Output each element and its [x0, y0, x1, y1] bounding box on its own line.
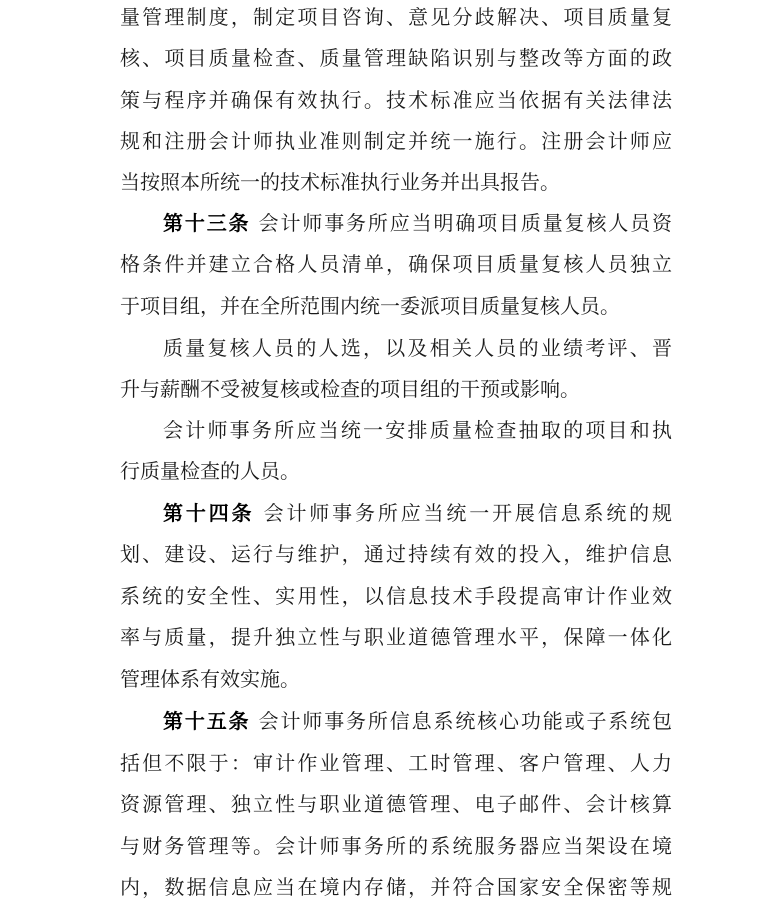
text-line: 划、建设、运行与维护，通过持续有效的投入，维护信息 — [120, 539, 672, 569]
article-14-text: 会计师事务所应当统一开展信息系统的规 — [264, 501, 672, 525]
text-line: 升与薪酬不受被复核或检查的项目组的干预或影响。 — [120, 374, 672, 404]
text-line: 括但不限于：审计作业管理、工时管理、客户管理、人力 — [120, 748, 672, 778]
text-line: 会计师事务所应当统一安排质量检查抽取的项目和执 — [163, 415, 672, 445]
text-line: 系统的安全性、实用性，以信息技术手段提高审计作业效 — [120, 581, 672, 611]
text-line: 格条件并建立合格人员清单，确保项目质量复核人员独立 — [120, 249, 672, 279]
article-13-line: 第十三条 会计师事务所应当明确项目质量复核人员资 — [163, 208, 672, 238]
text-line: 与财务管理等。会计师事务所的系统服务器应当架设在境 — [120, 831, 672, 861]
text-line: 内，数据信息应当在境内存储，并符合国家安全保密等规 — [120, 872, 672, 902]
article-14-heading: 第十四条 — [163, 501, 254, 525]
article-15-heading: 第十五条 — [163, 709, 250, 733]
text-line: 率与质量，提升独立性与职业道德管理水平，保障一体化 — [120, 622, 672, 652]
text-line: 行质量检查的人员。 — [120, 456, 672, 486]
text-line: 当按照本所统一的技术标准执行业务并出具报告。 — [120, 167, 672, 197]
text-line: 策与程序并确保有效执行。技术标准应当依据有关法律法 — [120, 85, 672, 115]
article-13-heading: 第十三条 — [163, 211, 250, 235]
text-line: 管理体系有效实施。 — [120, 664, 672, 694]
text-line: 规和注册会计师执业准则制定并统一施行。注册会计师应 — [120, 126, 672, 156]
article-15-text: 会计师事务所信息系统核心功能或子系统包 — [259, 709, 672, 733]
document-page: 量管理制度，制定项目咨询、意见分歧解决、项目质量复 核、项目质量检查、质量管理缺… — [0, 0, 775, 911]
text-line: 核、项目质量检查、质量管理缺陷识别与整改等方面的政 — [120, 43, 672, 73]
article-13-text: 会计师事务所应当明确项目质量复核人员资 — [259, 211, 672, 235]
text-line: 量管理制度，制定项目咨询、意见分歧解决、项目质量复 — [120, 2, 672, 32]
text-line: 资源管理、独立性与职业道德管理、电子邮件、会计核算 — [120, 789, 672, 819]
article-15-line: 第十五条 会计师事务所信息系统核心功能或子系统包 — [163, 706, 672, 736]
text-line: 质量复核人员的人选，以及相关人员的业绩考评、晋 — [163, 333, 672, 363]
article-14-line: 第十四条 会计师事务所应当统一开展信息系统的规 — [163, 498, 672, 528]
text-line: 于项目组，并在全所范围内统一委派项目质量复核人员。 — [120, 291, 672, 321]
